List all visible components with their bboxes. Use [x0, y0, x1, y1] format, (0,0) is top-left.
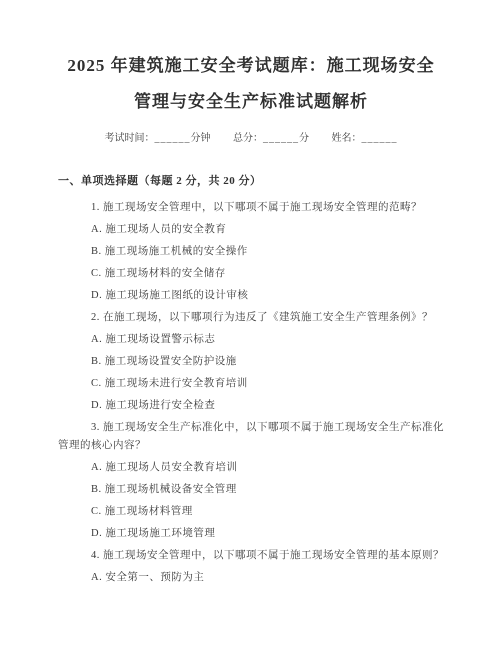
- option-item: B. 施工现场机械设备安全管理: [58, 481, 444, 499]
- option-item: A. 施工现场人员安全教育培训: [58, 459, 444, 477]
- name-label: 姓名：: [332, 133, 362, 144]
- exam-time-field: 考试时间：______分钟: [105, 129, 211, 144]
- exam-time-label: 考试时间：: [105, 133, 155, 144]
- name-field: 姓名：______: [332, 129, 398, 144]
- exam-time-blank: ______: [155, 133, 191, 144]
- question-text: 4. 施工现场安全管理中，以下哪项不属于施工现场安全管理的基本原则？: [58, 547, 444, 565]
- option-item: B. 施工现场设置安全防护设施: [58, 353, 444, 371]
- document-title: 2025 年建筑施工安全考试题库：施工现场安全管理与安全生产标准试题解析: [64, 48, 438, 120]
- option-item: B. 施工现场施工机械的安全操作: [58, 243, 444, 261]
- option-item: A. 施工现场人员的安全教育: [58, 221, 444, 239]
- question-3: 3. 施工现场安全生产标准化中，以下哪项不属于施工现场安全生产标准化管理的核心内…: [58, 419, 444, 542]
- question-1: 1. 施工现场安全管理中，以下哪项不属于施工现场安全管理的范畴？ A. 施工现场…: [58, 199, 444, 305]
- option-item: D. 施工现场进行安全检查: [58, 397, 444, 415]
- option-item: C. 施工现场材料的安全储存: [58, 265, 444, 283]
- total-score-unit: 分: [299, 133, 309, 144]
- question-text: 3. 施工现场安全生产标准化中，以下哪项不属于施工现场安全生产标准化管理的核心内…: [58, 419, 444, 454]
- option-item: C. 施工现场未进行安全教育培训: [58, 375, 444, 393]
- option-item: C. 施工现场材料管理: [58, 503, 444, 521]
- total-score-label: 总分：: [233, 133, 263, 144]
- option-item: D. 施工现场施工图纸的设计审核: [58, 287, 444, 305]
- exam-document-page: 2025 年建筑施工安全考试题库：施工现场安全管理与安全生产标准试题解析 考试时…: [0, 0, 500, 647]
- option-item: A. 安全第一、预防为主: [58, 569, 444, 587]
- question-text: 1. 施工现场安全管理中，以下哪项不属于施工现场安全管理的范畴？: [58, 199, 444, 217]
- option-item: D. 施工现场施工环境管理: [58, 525, 444, 543]
- total-score-field: 总分：______分: [233, 129, 309, 144]
- exam-info-line: 考试时间：______分钟 总分：______分 姓名：______: [58, 129, 444, 144]
- total-score-blank: ______: [263, 133, 299, 144]
- name-blank: ______: [362, 133, 398, 144]
- option-item: A. 施工现场设置警示标志: [58, 331, 444, 349]
- question-2: 2. 在施工现场，以下哪项行为违反了《建筑施工安全生产管理条例》？ A. 施工现…: [58, 309, 444, 415]
- question-text: 2. 在施工现场，以下哪项行为违反了《建筑施工安全生产管理条例》？: [58, 309, 444, 327]
- section-1-heading: 一、单项选择题（每题 2 分，共 20 分）: [58, 172, 444, 188]
- exam-time-unit: 分钟: [191, 133, 211, 144]
- page-content: 2025 年建筑施工安全考试题库：施工现场安全管理与安全生产标准试题解析 考试时…: [0, 0, 500, 586]
- question-4: 4. 施工现场安全管理中，以下哪项不属于施工现场安全管理的基本原则？ A. 安全…: [58, 547, 444, 587]
